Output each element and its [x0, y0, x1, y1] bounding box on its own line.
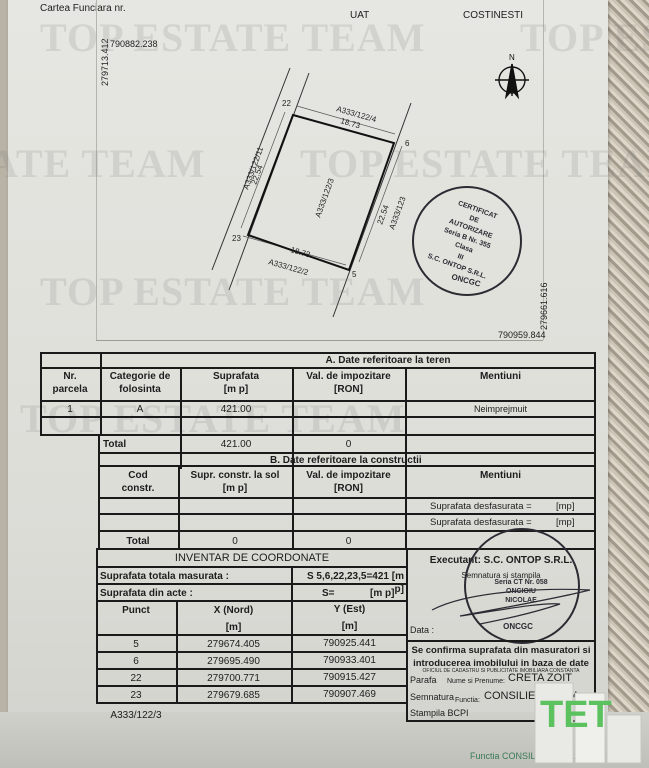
semnatura-label: Semnatura: [410, 691, 454, 704]
parcel-plan-drawing: 22 6 5 23 A333/122/4 18.73 18.73 A333/12…: [0, 0, 649, 345]
supr-acte-label: Suprafata din acte :: [100, 587, 193, 600]
coord-x: 279700.771: [176, 672, 291, 685]
nume-label: Nume si Prenume:: [447, 675, 505, 688]
header-categorie: Categorie defolosinta: [100, 370, 180, 396]
section-a-title: A. Date referitoare la teren: [180, 354, 596, 367]
header-mentiuni-b: Mentiuni: [405, 469, 596, 482]
total-a-label: Total: [103, 438, 126, 451]
header-val-impozitare: Val. de impozitare[RON]: [292, 370, 405, 396]
suprafata-desfasurata-1: Suprafata desfasurata =: [430, 500, 532, 513]
row-categorie: A: [100, 403, 180, 416]
header-supr-sol: Supr. constr. la sol[m p]: [178, 469, 292, 495]
header-x-nord: X (Nord)[m]: [176, 604, 291, 634]
tet-logo-text: TET: [540, 694, 612, 736]
svg-text:18.73: 18.73: [289, 245, 311, 259]
coord-y: 790915.427: [291, 671, 408, 684]
total-b-label: Total: [98, 535, 178, 548]
header-val-impozitare-b: Val. de impozitare[RON]: [292, 469, 405, 495]
coord-y: 790933.401: [291, 654, 408, 667]
coord-punct: 23: [96, 689, 176, 702]
svg-text:A333/122/3: A333/122/3: [313, 177, 336, 219]
row-mentiuni: Neimprejmuit: [405, 403, 596, 416]
header-y-est: Y (Est)[m]: [291, 603, 408, 633]
footer-parcel-id: A333/122/3: [96, 709, 176, 722]
north-arrow-icon: [495, 64, 529, 97]
coord-x: 279679.685: [176, 689, 291, 702]
supr-masurata-label: Suprafata totala masurata :: [100, 570, 229, 583]
total-b-valoare: 0: [292, 535, 405, 548]
point-6: 6: [405, 139, 410, 148]
stampila-label: Stampila BCPI: [410, 707, 469, 720]
point-22: 22: [282, 99, 291, 108]
coord-x: 279695.490: [176, 655, 291, 668]
point-5: 5: [352, 270, 357, 279]
row-suprafata: 421.00: [180, 403, 292, 416]
svg-text:A333/122/2: A333/122/2: [267, 257, 309, 277]
coord-x: 279674.405: [176, 638, 291, 651]
tet-logo: TET: [525, 665, 649, 768]
header-punct: Punct: [96, 604, 176, 617]
inventar-title: INVENTAR DE COORDONATE: [96, 552, 408, 565]
header-mentiuni: Mentiuni: [405, 370, 596, 383]
coord-y: 790907.469: [291, 688, 408, 701]
point-23: 23: [232, 234, 241, 243]
parafa-label: Parafa: [410, 674, 437, 687]
coord-punct: 6: [96, 655, 176, 668]
total-a-suprafata: 421.00: [180, 438, 292, 451]
section-b-title: B. Date referitoare la constructii: [270, 454, 422, 467]
svg-text:N: N: [509, 53, 515, 62]
signature-scribble: [430, 580, 600, 630]
functia-label: Functia:: [455, 694, 480, 707]
suprafata-desfasurata-2: Suprafata desfasurata =: [430, 516, 532, 529]
confirmare-line1: Se confirma suprafata din masuratori si: [406, 644, 596, 657]
header-nr-parcela: Nr.parcela: [40, 370, 100, 396]
header-suprafata: Suprafata[m p]: [180, 370, 292, 396]
supr-acte-value: S=: [322, 587, 335, 600]
row-nr: 1: [40, 403, 100, 416]
header-cod-constr: Codconstr.: [98, 469, 178, 495]
coord-punct: 22: [96, 672, 176, 685]
total-b-supr-sol: 0: [178, 535, 292, 548]
svg-text:A333/123: A333/123: [387, 195, 407, 231]
coord-punct: 5: [96, 638, 176, 651]
coord-y: 790925.441: [291, 637, 408, 650]
total-a-valoare: 0: [292, 438, 405, 451]
